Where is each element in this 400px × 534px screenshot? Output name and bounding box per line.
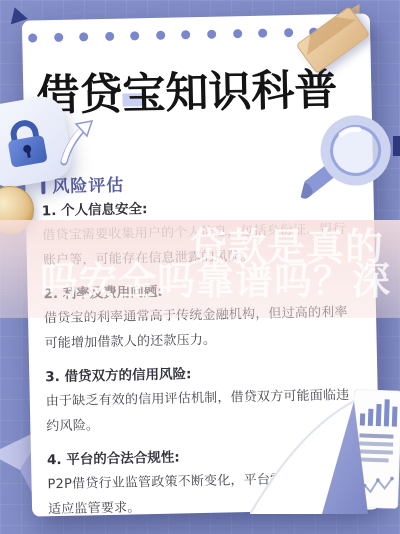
page-title: 借贷宝知识科普 — [36, 67, 359, 121]
poster-root: { "poster": { "title": "借贷宝知识科普", "secti… — [0, 0, 400, 534]
watermark-band: 贷款是真的 吗安全吗靠谱吗？深 — [0, 220, 400, 318]
watermark-text: 吗安全吗靠谱吗？深 — [0, 264, 388, 298]
page-curl — [250, 389, 380, 514]
lock-body — [7, 134, 47, 167]
arrow-icon — [54, 116, 96, 170]
keyhole-icon — [22, 144, 31, 153]
dotted-separator — [28, 27, 344, 43]
